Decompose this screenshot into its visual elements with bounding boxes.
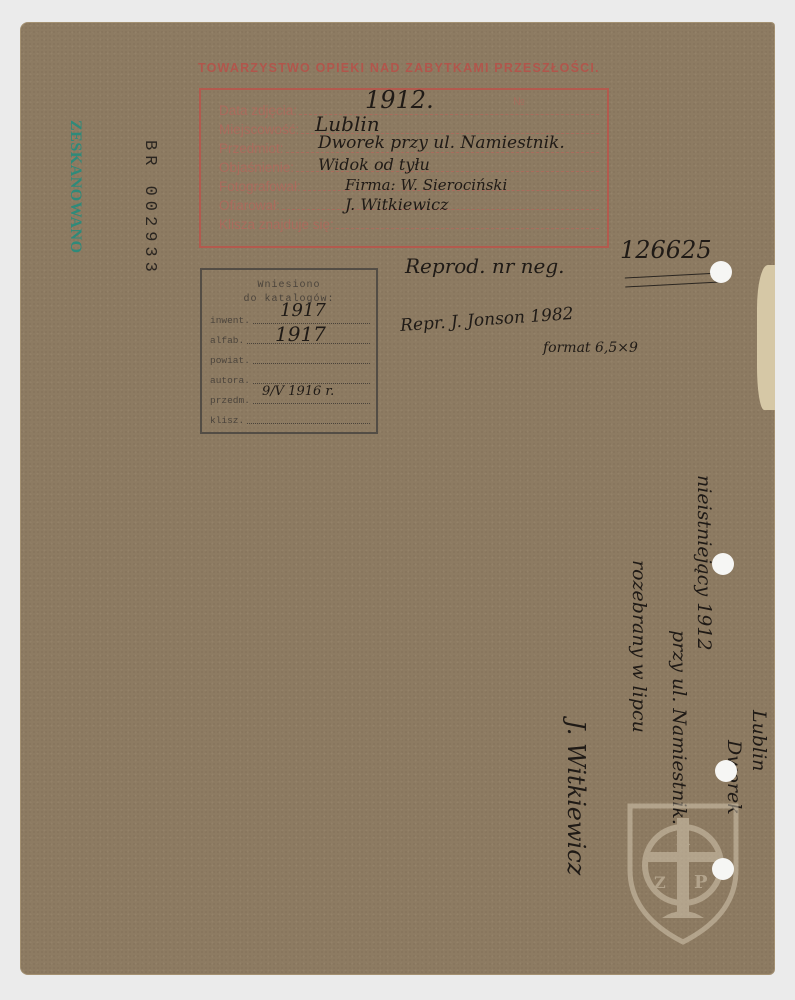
catalog-label: alfab. <box>210 335 244 346</box>
catalog-label: inwent. <box>210 315 250 326</box>
punch-hole <box>710 261 732 283</box>
handwritten-description: Widok od tyłu <box>318 155 430 174</box>
handwritten-date: 1912. <box>365 86 434 114</box>
scanned-stamp: ZESKANOWANO <box>66 120 84 254</box>
catalog-row-district: powiat. <box>210 352 370 366</box>
svg-text:n: n <box>676 826 691 850</box>
stamp-label: Przedmiot: <box>219 141 284 156</box>
handwritten-subject-date: 9/V 1916 r. <box>262 384 334 399</box>
signature-number: BR 002933 <box>140 140 159 277</box>
note-signature: J. Witkiewicz <box>562 720 590 875</box>
catalog-label: przedm. <box>210 395 250 406</box>
catalog-label: autora. <box>210 375 250 386</box>
catalog-label: klisz. <box>210 415 244 426</box>
stamp-title: TOWARZYSTWO OPIEKI NAD ZABYTKAMI PRZESZŁ… <box>198 61 618 75</box>
handwritten-photographer: Firma: W. Sierociński <box>345 176 507 194</box>
catalog-heading-1: Wniesiono <box>202 280 376 291</box>
handwritten-inventory: 1917 <box>280 300 326 321</box>
svg-text:Z: Z <box>654 873 666 892</box>
stamp-label: Objaśnienie: <box>219 160 294 175</box>
punch-hole <box>712 858 734 880</box>
note-line-4: przy ul. Namiestnik. <box>668 630 690 825</box>
punch-hole <box>712 553 734 575</box>
torn-edge <box>757 265 775 410</box>
note-line-5: rozebrany w lipcu <box>628 560 650 733</box>
stamp-label: Fotografował: <box>219 179 301 194</box>
reproduction-label: Reprod. nr neg. <box>405 254 565 278</box>
handwritten-subject: Dworek przy ul. Namiestnik. <box>318 133 565 153</box>
svg-text:P: P <box>694 872 708 893</box>
note-line-1: Lublin <box>748 710 770 771</box>
handwritten-donor: J. Witkiewicz <box>345 195 449 214</box>
punch-hole <box>715 760 737 782</box>
stamp-label: Klisza znajduje się: <box>219 217 334 232</box>
stamp-row-plate: Klisza znajduje się: <box>219 214 599 232</box>
catalog-stamp: Wniesiono do katalogów: inwent. alfab. p… <box>200 268 378 434</box>
torn-edge-mask <box>775 270 795 405</box>
handwritten-alphabetic: 1917 <box>275 322 326 346</box>
stamp-label: Ofiarował: <box>219 198 280 213</box>
reproduction-format: format 6,5×9 <box>543 340 638 356</box>
stamp-label: Data zdjęcia: <box>219 103 297 118</box>
negative-number: 126625 <box>620 236 712 264</box>
catalog-label: powiat. <box>210 355 250 366</box>
stamp-label: Miejscowość: <box>219 122 299 137</box>
catalog-row-plates: klisz. <box>210 412 370 426</box>
